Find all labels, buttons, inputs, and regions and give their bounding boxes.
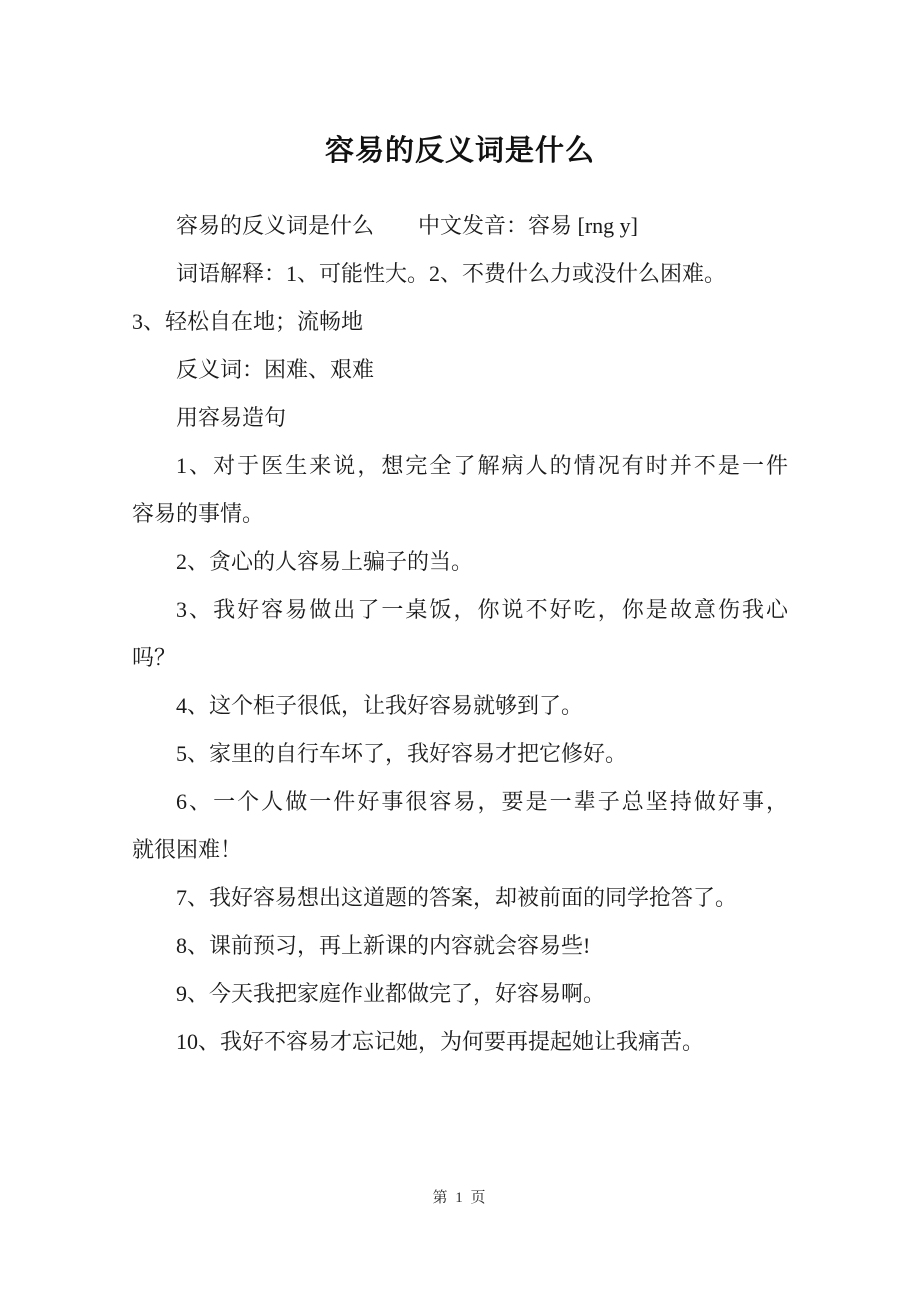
text-line: 4、这个柜子很低，让我好容易就够到了。 [132,682,788,730]
text-line: 7、我好容易想出这道题的答案，却被前面的同学抢答了。 [132,874,788,922]
text-line: 用容易造句 [132,394,788,442]
text-line: 10、我好不容易才忘记她，为何要再提起她让我痛苦。 [132,1018,788,1066]
document-title: 容易的反义词是什么 [0,0,920,172]
text-line: 词语解释：1、可能性大。2、不费什么力或没什么困难。 [132,250,788,298]
text-line: 吗？ [132,634,788,682]
text-line: 容易的反义词是什么 中文发音：容易 [rng y] [132,202,788,250]
page-footer: 第 1 页 [0,1186,920,1210]
document-body: 容易的反义词是什么 中文发音：容易 [rng y]词语解释：1、可能性大。2、不… [132,202,788,1066]
text-line: 9、今天我把家庭作业都做完了，好容易啊。 [132,970,788,1018]
text-line: 1、对于医生来说，想完全了解病人的情况有时并不是一件 [132,442,788,490]
text-line: 3、我好容易做出了一桌饭，你说不好吃，你是故意伤我心 [132,586,788,634]
text-line: 反义词：困难、艰难 [132,346,788,394]
page-number: 第 1 页 [432,1190,487,1206]
text-line: 就很困难！ [132,826,788,874]
text-line: 容易的事情。 [132,490,788,538]
text-line: 6、一个人做一件好事很容易，要是一辈子总坚持做好事， [132,778,788,826]
text-line: 3、轻松自在地；流畅地 [132,298,788,346]
text-line: 2、贪心的人容易上骗子的当。 [132,538,788,586]
text-line: 8、课前预习，再上新课的内容就会容易些! [132,922,788,970]
text-line: 5、家里的自行车坏了，我好容易才把它修好。 [132,730,788,778]
document-page: 容易的反义词是什么 容易的反义词是什么 中文发音：容易 [rng y]词语解释：… [0,0,920,1302]
